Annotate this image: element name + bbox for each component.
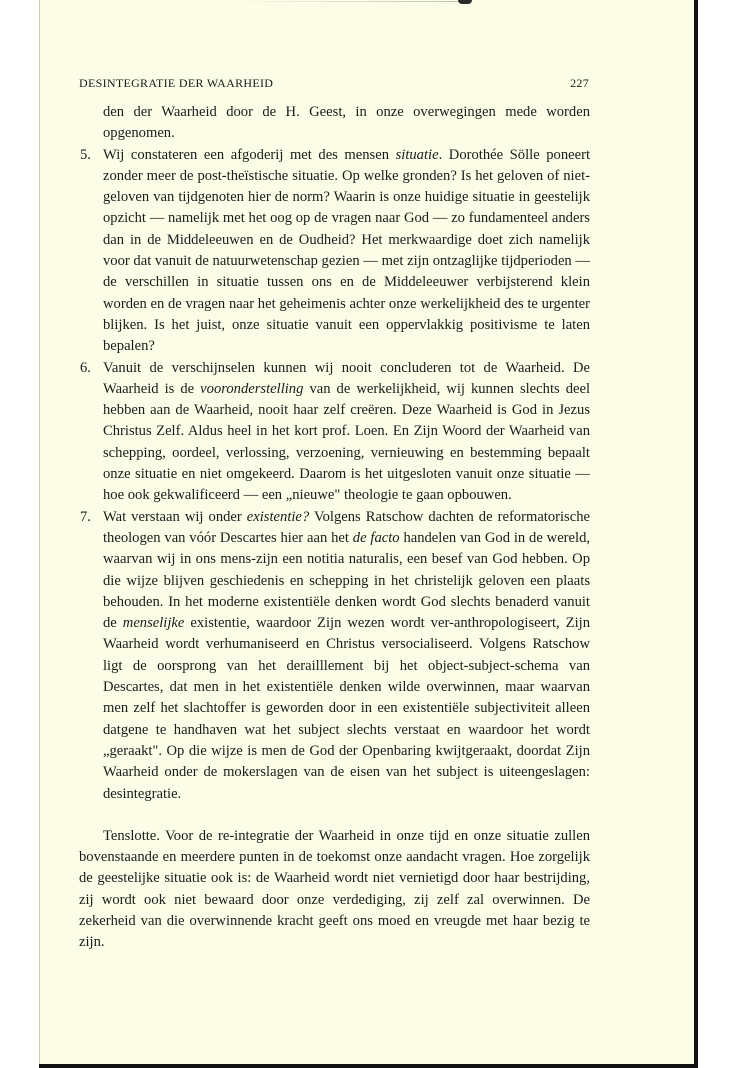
body-text: den der Waarheid door de H. Geest, in on… [79,102,590,954]
text-run: van de werkelijkheid, wij kunnen slechts… [103,381,590,503]
list-item-5: 5. Wij constateren een afgoderij met des… [79,145,590,358]
scan-artifact-line [230,1,470,2]
item-text: Vanuit de verschijnselen kunnen wij nooi… [103,358,590,507]
page-right-edge [694,0,698,1068]
emphasis: vooronderstelling [200,381,303,397]
item-number: 5. [80,145,91,166]
item-number: 6. [80,358,91,379]
page-bottom-edge [39,1064,698,1068]
list-item-6: 6. Vanuit de verschijnselen kunnen wij n… [79,358,590,507]
emphasis: menselijke [123,615,185,631]
list-item-7: 7. Wat verstaan wij onder existentie? Vo… [79,507,590,805]
item-text: Wat verstaan wij onder existentie? Volge… [103,507,590,805]
scan-artifact-mark [458,0,472,4]
text-run: existen­tie, waardoor Zijn wezen wordt v… [103,615,590,801]
continuation-text: den der Waarheid door de H. Geest, in on… [79,102,590,145]
emphasis: existentie? [247,509,309,525]
item-text: Wij constateren een afgoderij met des me… [103,145,590,358]
emphasis: situatie [396,147,439,163]
running-title: DESINTEGRATIE DER WAARHEID [79,76,273,91]
text-run: Wat verstaan wij onder [103,509,247,525]
emphasis: de facto [353,530,400,546]
text-run: . Dorothée Sölle poneert zonder meer de … [103,147,590,355]
item-number: 7. [80,507,91,528]
closing-paragraph: Tenslotte. Voor de re-integratie der Waa… [79,826,590,954]
text-run: Wij constateren een afgoderij met des me… [103,147,396,163]
running-header: DESINTEGRATIE DER WAARHEID 227 [79,76,589,94]
page-number: 227 [570,76,589,91]
